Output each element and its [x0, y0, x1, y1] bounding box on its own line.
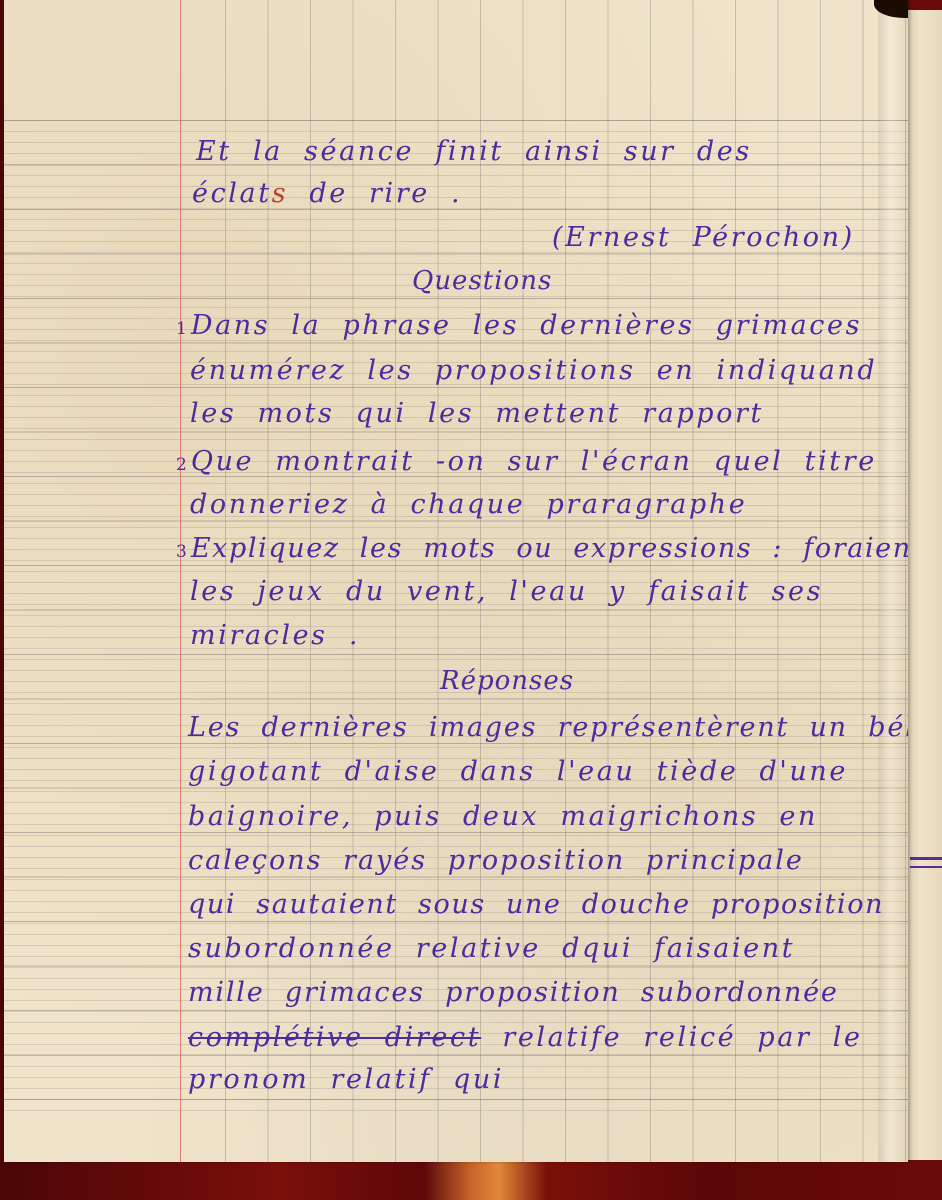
text-line-2: éclats de rire .	[192, 180, 462, 207]
answer-line-9: pronom relatif qui	[188, 1066, 504, 1093]
answer-line-4: caleçons rayés proposition principale	[188, 847, 804, 874]
page-fold	[878, 0, 908, 1162]
answers-heading: Réponses	[440, 668, 574, 694]
answer-line-1: Les dernières images représentèrent un b…	[188, 714, 908, 741]
answer-line-8: complétive direct relatife relicé par le	[188, 1024, 863, 1051]
question-3-line-3: miracles .	[190, 622, 360, 649]
question-3-line-2: les jeux du vent, l'eau y faisait ses	[190, 578, 823, 605]
question-2-line-2: donneriez à chaque praragraphe	[190, 491, 747, 518]
ink-mark-bottom	[910, 866, 942, 868]
question-1-line-3: les mots qui les mettent rapport	[190, 400, 764, 427]
answer-line-7: mille grimaces proposition subordonnée	[188, 979, 839, 1006]
red-margin-line	[180, 0, 181, 1162]
questions-heading: Questions	[412, 268, 552, 294]
question-3-line-1: 3Expliquez les mots ou expressions : for…	[176, 535, 908, 562]
answer-line-6: subordonnée relative dqui faisaient	[188, 935, 795, 962]
answer-line-2: gigotant d'aise dans l'eau tiède d'une	[188, 758, 848, 785]
author-attribution: (Ernest Pérochon)	[552, 224, 855, 251]
ink-mark-top	[910, 857, 942, 860]
question-number: 3	[176, 542, 187, 562]
struck-through-text: complétive direct	[188, 1022, 481, 1053]
question-1-line-2: énumérez les propositions en indiquand	[190, 357, 877, 384]
answer-line-3: baignoire, puis deux maigrichons en	[188, 803, 818, 830]
underlying-page-edge	[906, 10, 942, 1160]
text-line-1: Et la séance finit ainsi sur des	[196, 138, 752, 165]
notebook-page: Et la séance finit ainsi sur des éclats …	[4, 0, 908, 1162]
photo-background: Et la séance finit ainsi sur des éclats …	[0, 0, 942, 1200]
red-ink-correction: s	[272, 178, 288, 209]
question-number: 2	[176, 455, 187, 475]
question-1-line-1: 1Dans la phrase les dernières grimaces	[176, 312, 862, 339]
question-2-line-1: 2Que montrait -on sur l'écran quel titre	[176, 448, 877, 475]
question-number: 1	[176, 319, 187, 339]
answer-line-5: qui sautaient sous une douche propositio…	[188, 891, 884, 918]
